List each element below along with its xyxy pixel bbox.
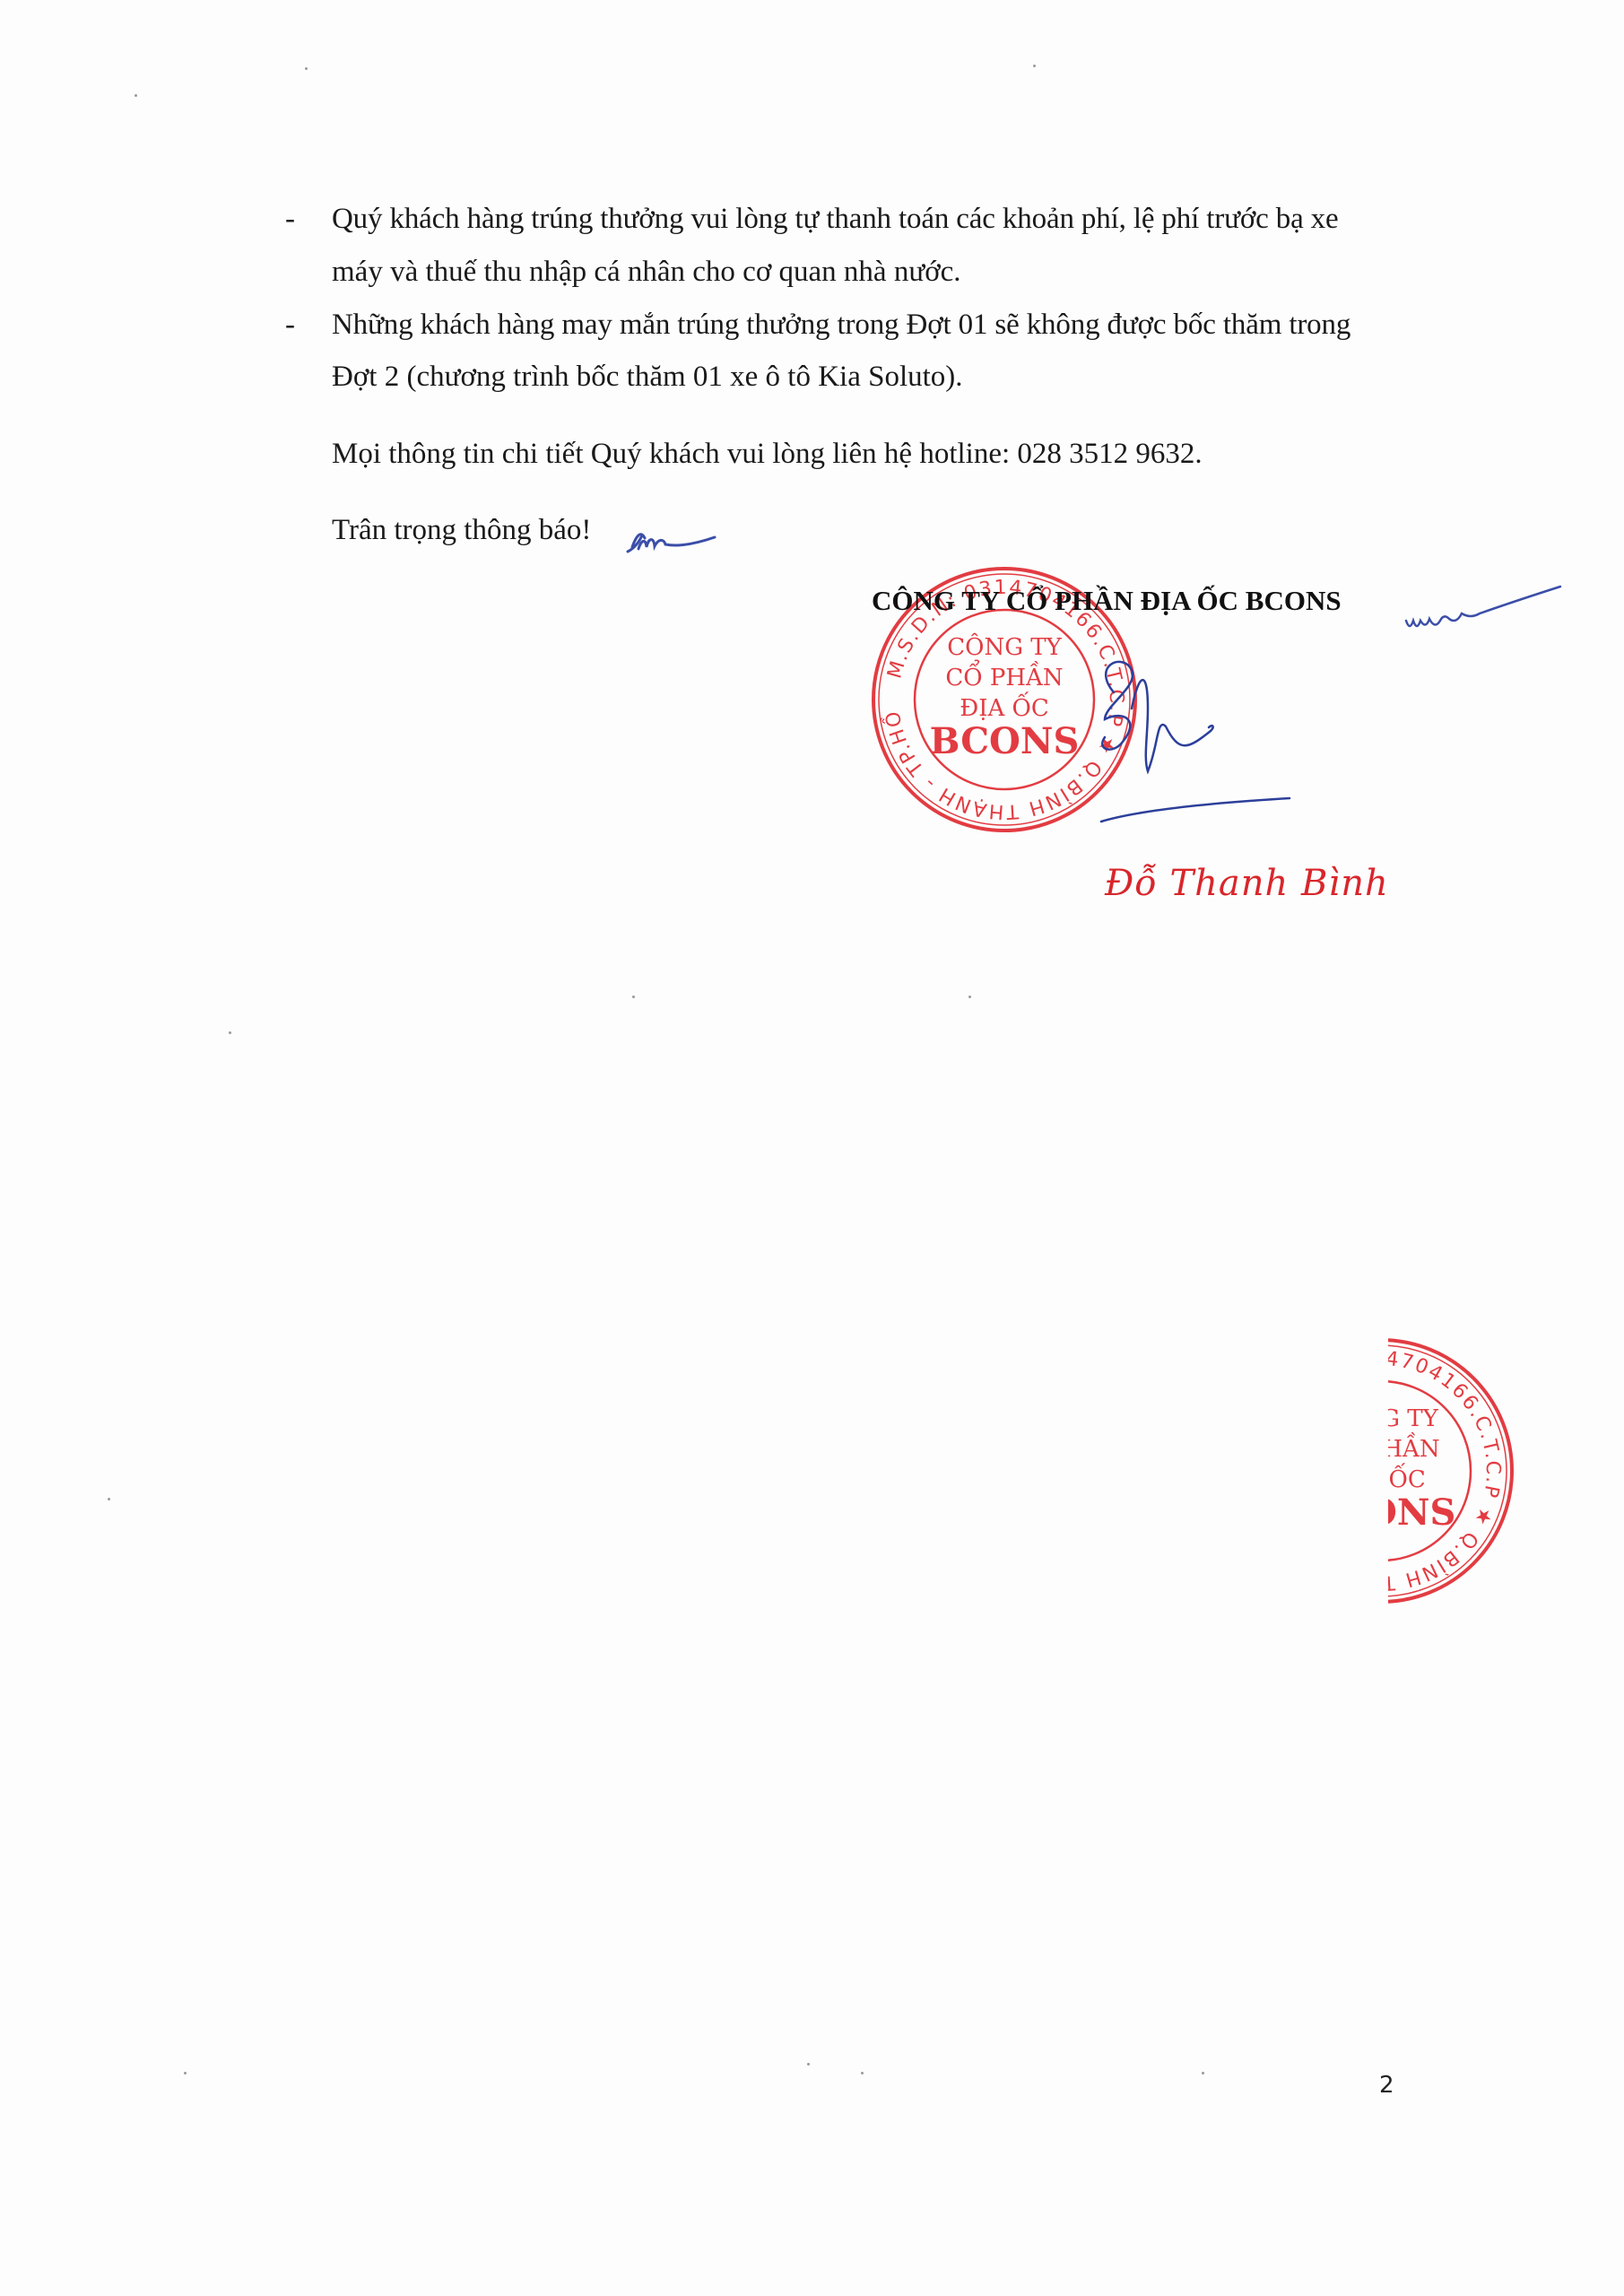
company-name: CÔNG TY CỔ PHẦN ĐỊA ỐC BCONS xyxy=(872,585,1342,617)
scan-speck xyxy=(861,2072,864,2074)
scan-speck xyxy=(807,2063,810,2066)
company-stamp: M.S.D.N: 0314704166.C.T.C.P ★ Q.BÌNH THẠ… xyxy=(0,0,1135,831)
scan-speck xyxy=(968,996,971,998)
svg-text:CỔ PHẦN: CỔ PHẦN xyxy=(1322,1431,1439,1463)
initial-signature xyxy=(628,535,715,552)
page-number: 2 xyxy=(1379,2072,1394,2099)
scan-speck xyxy=(108,1498,110,1500)
svg-text:ĐỊA ỐC: ĐỊA ỐC xyxy=(960,691,1049,722)
signer-name: Đỗ Thanh Bình xyxy=(1105,863,1389,904)
scan-speck xyxy=(1202,2072,1204,2074)
scan-speck xyxy=(229,1031,231,1034)
initial-signature-right xyxy=(1406,587,1560,626)
scan-speck xyxy=(632,996,635,998)
svg-text:CÔNG TY: CÔNG TY xyxy=(1324,1404,1438,1432)
svg-text:CÔNG TY: CÔNG TY xyxy=(947,632,1062,661)
svg-text:M.S.D.N: 0314704166.C.T.C.P ★: M.S.D.N: 0314704166.C.T.C.P ★ Q.BÌNH THẠ… xyxy=(0,0,1127,822)
svg-text:BCONS: BCONS xyxy=(1307,1492,1456,1534)
scan-speck xyxy=(184,2072,187,2074)
svg-text:BCONS: BCONS xyxy=(930,720,1080,762)
document-page: - Quý khách hàng trúng thưởng vui lòng t… xyxy=(0,0,1624,2296)
svg-text:CỔ PHẦN: CỔ PHẦN xyxy=(945,659,1063,691)
scan-speck xyxy=(135,94,137,97)
stamps-and-signatures: M.S.D.N: 0314704166.C.T.C.P ★ Q.BÌNH THẠ… xyxy=(0,0,1624,2296)
svg-text:M.S.D.N: 0314704166.C.T.C.P ★: M.S.D.N: 0314704166.C.T.C.P ★ Q.BÌNH THẠ… xyxy=(0,0,1504,1594)
scan-speck xyxy=(305,67,308,70)
scan-speck xyxy=(1033,65,1036,67)
svg-text:ĐỊA ỐC: ĐỊA ỐC xyxy=(1336,1462,1426,1493)
partial-overlap-stamp: M.S.D.N: 0314704166.C.T.C.P ★ Q.BÌNH THẠ… xyxy=(0,0,1512,1602)
